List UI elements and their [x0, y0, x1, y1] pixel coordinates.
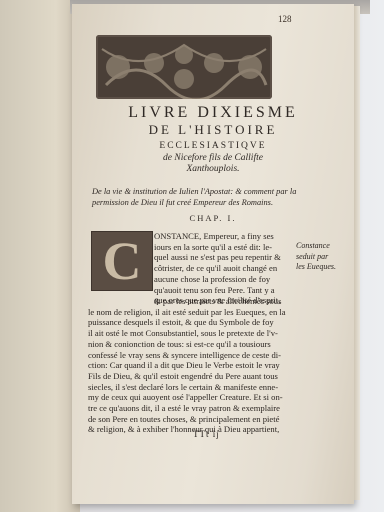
margin-note: Constance seduit par les Eueques. — [296, 241, 356, 273]
text-line: & religion, & à exhiber l'honneur qui à … — [88, 424, 286, 435]
book-title-line3: ECCLESIASTIQVE — [72, 141, 354, 151]
body-text-indented: ONSTANCE, Empereur, a finy ses iours en … — [154, 231, 281, 306]
text-line: iours en la sorte qu'il a esté dit: le- — [154, 242, 281, 253]
margin-note-line: seduit par — [296, 252, 356, 263]
chapter-label: CHAP. I. — [72, 213, 354, 223]
text-line: de son Pere en toutes choses, & principa… — [88, 414, 286, 425]
text-line: my de ceux qui auoyent osé l'appeller Cr… — [88, 392, 286, 403]
text-line: ction: Car quand il a dit que Dieu le Ve… — [88, 360, 286, 371]
author-line: de Nicefore fils de Callifte — [72, 153, 354, 163]
text-line: qu'auoit tenu son feu Pere. Tant y a — [154, 285, 281, 296]
text-line: côtrister, de ce qu'il auoit changé en — [154, 263, 281, 274]
woodcut-headpiece-ornament — [96, 35, 272, 99]
background-book-edge — [0, 0, 80, 512]
text-line: puissance desquels il estoit, & que du S… — [88, 317, 286, 328]
text-line: il ait osté le mot Consubstantiel, sous … — [88, 328, 286, 339]
decorated-initial-letter: C — [91, 231, 153, 291]
body-text-full: & par les attraicts & allechemés sous le… — [88, 296, 286, 435]
text-line: ONSTANCE, Empereur, a finy ses — [154, 231, 281, 242]
book-title-line2: DE L'HISTOIRE — [72, 122, 354, 138]
text-line: tre ce qu'auons dit, il a esté le vray p… — [88, 403, 286, 414]
author-line2: Xanthouplois. — [72, 164, 354, 174]
text-line: confessé le vray sens & syncere intellig… — [88, 350, 286, 361]
chapter-summary: De la vie & institution de Iulien l'Apos… — [92, 186, 322, 208]
initial-letter-glyph: C — [92, 232, 152, 290]
text-line: siecles, il s'est declaré lors le certai… — [88, 382, 286, 393]
text-line: le nom de religion, il ait esté seduit p… — [88, 307, 286, 318]
signature-mark: TTt ij — [193, 429, 220, 439]
text-line: quel aussi ne s'est pas peu repentir & — [154, 252, 281, 263]
margin-note-line: les Eueques. — [296, 262, 356, 273]
text-line: & par les attraicts & allechemés sous — [88, 296, 286, 307]
book-title-line1: LIVRE DIXIESME — [72, 104, 354, 122]
margin-note-line: Constance — [296, 241, 356, 252]
page-number: 128 — [278, 14, 292, 24]
text-line: aucune chose la profession de foy — [154, 274, 281, 285]
text-line: nion & conionction de tous: si est-ce qu… — [88, 339, 286, 350]
text-line: Fils de Dieu, & qu'il estoit engendré du… — [88, 371, 286, 382]
